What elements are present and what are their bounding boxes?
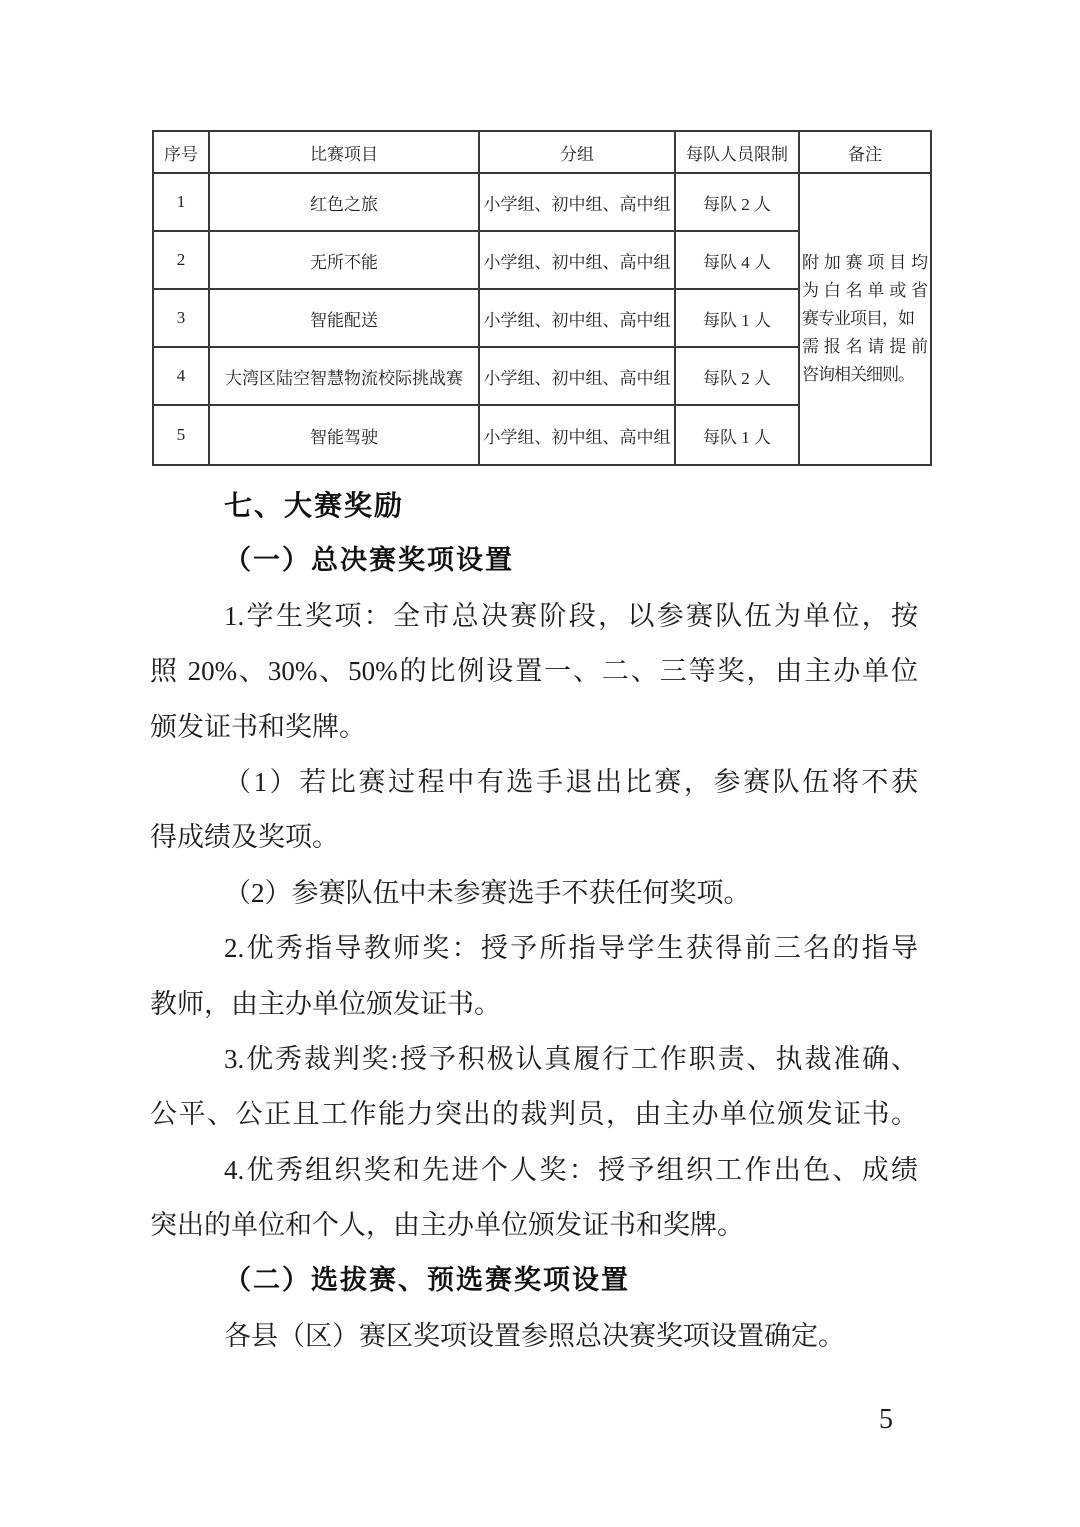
cell-index: 3 [153,289,209,347]
cell-index: 5 [153,405,209,465]
cell-group: 小学组、初中组、高中组 [479,289,675,347]
paragraph-line: （1）若比赛过程中有选手退出比赛，参赛队伍将不获 [150,755,918,810]
cell-limit: 每队 2 人 [675,347,799,405]
cell-index: 2 [153,231,209,289]
paragraph-line: 1.学生奖项：全市总决赛阶段，以参赛队伍为单位，按 [150,589,918,644]
cell-group: 小学组、初中组、高中组 [479,347,675,405]
document-page: 序号 比赛项目 分组 每队人员限制 备注 1 红色之旅 小学组、初中组、高中组 … [0,0,1080,1527]
remark-line: 咨询相关细则。 [802,361,928,389]
col-header-remark: 备注 [799,131,931,173]
section-heading: 七、大赛奖励 [150,478,918,533]
paragraph-line: 教师，由主办单位颁发证书。 [150,977,918,1032]
col-header-index: 序号 [153,131,209,173]
paragraph-line: 4.优秀组织奖和先进个人奖：授予组织工作出色、成绩 [150,1143,918,1198]
paragraph-line: 3.优秀裁判奖:授予积极认真履行工作职责、执裁准确、 [150,1032,918,1087]
paragraph-line: 各县（区）赛区奖项设置参照总决赛奖项设置确定。 [150,1309,918,1364]
cell-index: 1 [153,173,209,231]
col-header-event: 比赛项目 [209,131,479,173]
page-number: 5 [862,1404,910,1436]
cell-event: 无所不能 [209,231,479,289]
remark-line: 为白名单或省 [802,277,928,305]
cell-limit: 每队 1 人 [675,289,799,347]
cell-limit: 每队 2 人 [675,173,799,231]
subsection-heading-2: （二）选拔赛、预选赛奖项设置 [150,1253,918,1308]
paragraph-line: 颁发证书和奖牌。 [150,700,918,755]
competition-events-table: 序号 比赛项目 分组 每队人员限制 备注 1 红色之旅 小学组、初中组、高中组 … [152,130,932,466]
remark-line: 赛专业项目，如 [802,305,928,333]
cell-event: 智能驾驶 [209,405,479,465]
table-row: 1 红色之旅 小学组、初中组、高中组 每队 2 人 附加赛项目均 为白名单或省 … [153,173,931,231]
paragraph-line: 得成绩及奖项。 [150,810,918,865]
cell-limit: 每队 1 人 [675,405,799,465]
cell-event: 大湾区陆空智慧物流校际挑战赛 [209,347,479,405]
paragraph-line: （2）参赛队伍中未参赛选手不获任何奖项。 [150,866,918,921]
remark-cell: 附加赛项目均 为白名单或省 赛专业项目，如 需报名请提前 咨询相关细则。 [799,173,931,465]
remark-line: 需报名请提前 [802,333,928,361]
paragraph-line: 2.优秀指导教师奖：授予所指导学生获得前三名的指导 [150,921,918,976]
cell-group: 小学组、初中组、高中组 [479,405,675,465]
col-header-group: 分组 [479,131,675,173]
cell-group: 小学组、初中组、高中组 [479,173,675,231]
cell-group: 小学组、初中组、高中组 [479,231,675,289]
cell-limit: 每队 4 人 [675,231,799,289]
cell-index: 4 [153,347,209,405]
col-header-limit: 每队人员限制 [675,131,799,173]
paragraph-line: 照 20%、30%、50%的比例设置一、二、三等奖，由主办单位 [150,644,918,699]
remark-line: 附加赛项目均 [802,249,928,277]
paragraph-line: 公平、公正且工作能力突出的裁判员，由主办单位颁发证书。 [150,1087,918,1142]
cell-event: 智能配送 [209,289,479,347]
document-body: 七、大赛奖励 （一）总决赛奖项设置 1.学生奖项：全市总决赛阶段，以参赛队伍为单… [150,478,918,1364]
paragraph-line: 突出的单位和个人，由主办单位颁发证书和奖牌。 [150,1198,918,1253]
cell-event: 红色之旅 [209,173,479,231]
subsection-heading-1: （一）总决赛奖项设置 [150,533,918,588]
table-header-row: 序号 比赛项目 分组 每队人员限制 备注 [153,131,931,173]
